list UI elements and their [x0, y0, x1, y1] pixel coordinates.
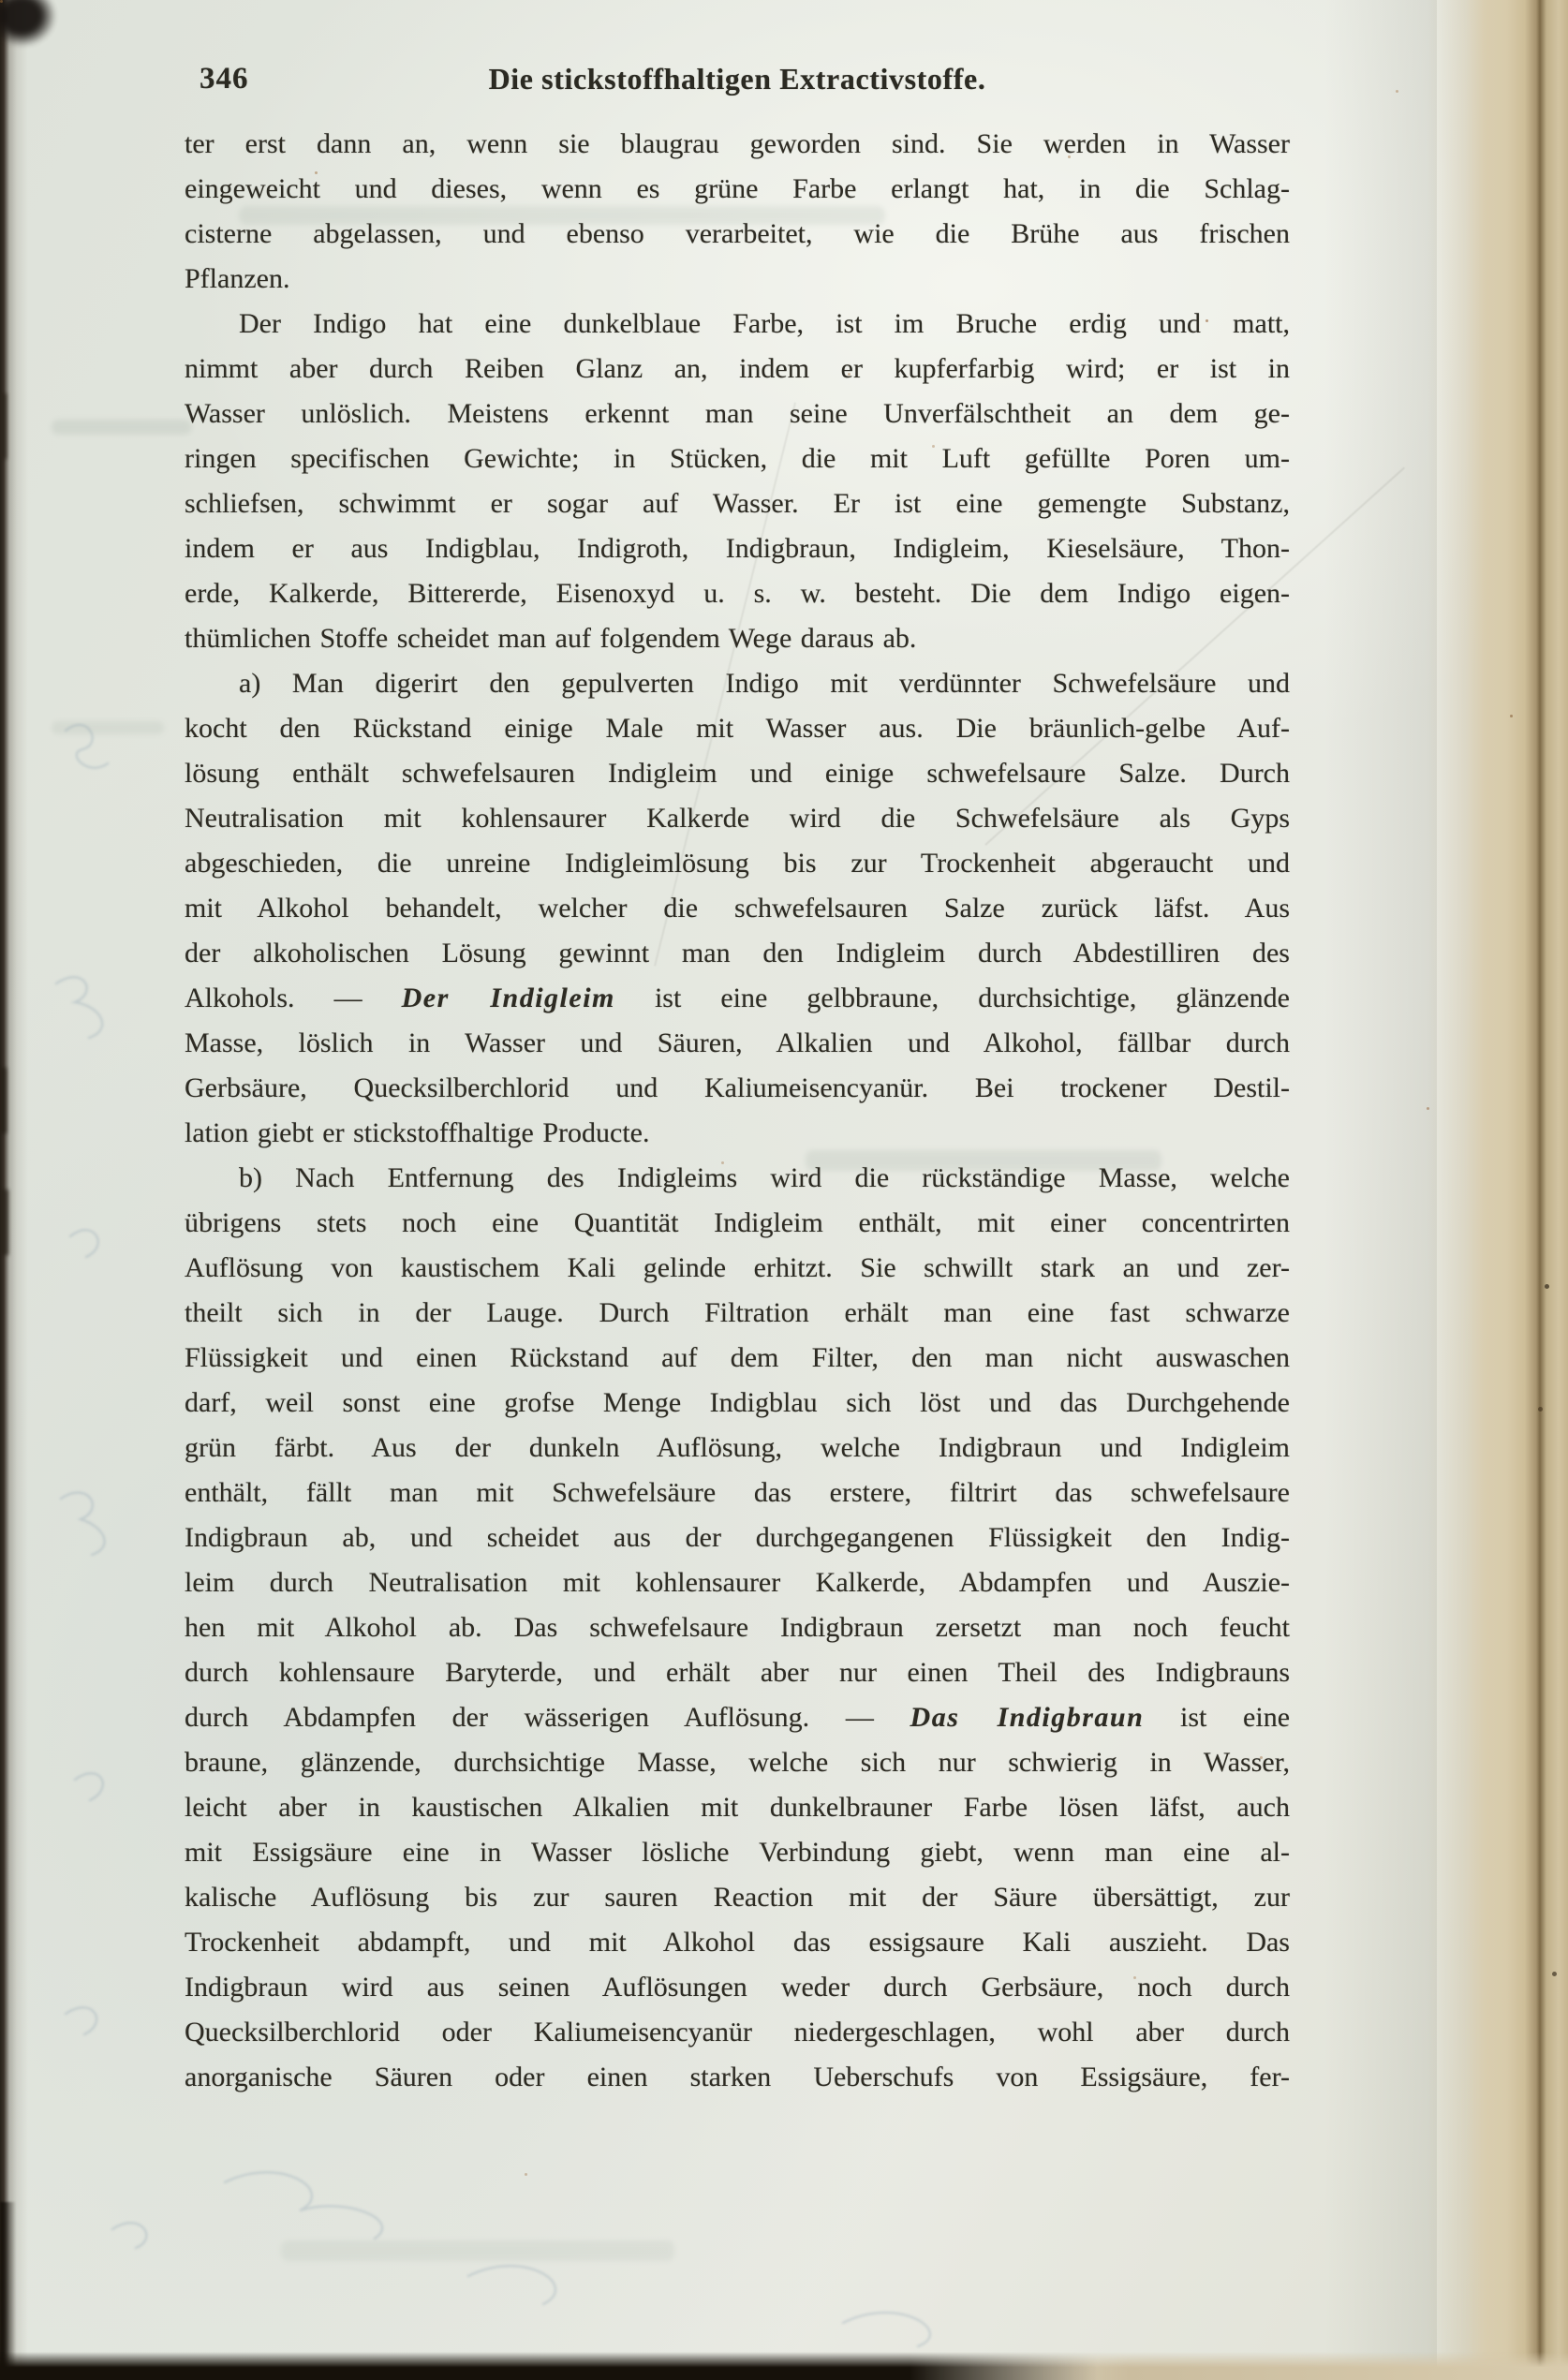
text-segment: indem er aus Indigblau, Indigroth, Indig…: [185, 533, 1290, 564]
text-segment: kalische Auflösung bis zur sauren Reacti…: [185, 1882, 1290, 1913]
text-line: Trockenheit abdampft, und mit Alkohol da…: [185, 1920, 1290, 1965]
text-segment: ist eine: [1144, 1702, 1290, 1733]
text-line: a) Man digerirt den gepulverten Indigo m…: [185, 661, 1290, 706]
text-line: theilt sich in der Lauge. Durch Filtrati…: [185, 1291, 1290, 1336]
text-segment: Masse, löslich in Wasser und Säuren, Alk…: [185, 1027, 1290, 1058]
text-segment: leim durch Neutralisation mit kohlensaur…: [185, 1567, 1290, 1598]
text-line: Alkohols. — Der Indigleim ist eine gelbb…: [185, 976, 1290, 1021]
show-through-print: [52, 420, 192, 435]
text-segment: Der Indigo hat eine dunkelblaue Farbe, i…: [239, 308, 1290, 339]
text-segment: braune, glänzende, durchsichtige Masse, …: [185, 1747, 1290, 1778]
text-segment: leicht aber in kaustischen Alkalien mit …: [185, 1792, 1290, 1823]
text-segment: durch Abdampfen der wässerigen Auflösung…: [185, 1702, 910, 1733]
emphasized-term: Das Indigbraun: [910, 1702, 1145, 1733]
text-line: mit Essigsäure eine in Wasser lösliche V…: [185, 1830, 1290, 1875]
scan-bottom-edge: [0, 2352, 1568, 2380]
text-line: Gerbsäure, Quecksilberchlorid und Kalium…: [185, 1066, 1290, 1111]
text-segment: kocht den Rückstand einige Male mit Wass…: [185, 713, 1290, 744]
text-line: abgeschieden, die unreine Indigleimlösun…: [185, 841, 1290, 886]
text-segment: mit Alkohol behandelt, welcher die schwe…: [185, 893, 1290, 924]
text-segment: hen mit Alkohol ab. Das schwefelsaure In…: [185, 1612, 1290, 1643]
text-segment: darf, weil sonst eine grofse Menge Indig…: [185, 1387, 1290, 1418]
text-segment: Trockenheit abdampft, und mit Alkohol da…: [185, 1927, 1290, 1958]
text-segment: lösung enthält schwefelsauren Indigleim …: [185, 758, 1290, 789]
text-line: nimmt aber durch Reiben Glanz an, indem …: [185, 347, 1290, 392]
paragraph: Der Indigo hat eine dunkelblaue Farbe, i…: [185, 302, 1290, 661]
text-line: indem er aus Indigblau, Indigroth, Indig…: [185, 526, 1290, 571]
text-line: Auflösung von kaustischem Kali gelinde e…: [185, 1246, 1290, 1291]
page-fore-edge: [1427, 0, 1568, 2380]
text-line: Quecksilberchlorid oder Kaliumeisencyanü…: [185, 2010, 1290, 2055]
text-line: enthält, fällt man mit Schwefelsäure das…: [185, 1471, 1290, 1515]
text-segment: Auflösung von kaustischem Kali gelinde e…: [185, 1252, 1290, 1283]
text-segment: ter erst dann an, wenn sie blaugrau gewo…: [185, 128, 1290, 159]
text-segment: abgeschieden, die unreine Indigleimlösun…: [185, 848, 1290, 879]
text-line: leim durch Neutralisation mit kohlensaur…: [185, 1560, 1290, 1605]
text-line: schliefsen, schwimmt er sogar auf Wasser…: [185, 481, 1290, 526]
text-line: Flüssigkeit und einen Rückstand auf dem …: [185, 1336, 1290, 1381]
show-through-print: [281, 2240, 674, 2261]
running-title: Die stickstoffhaltigen Extractivstoffe.: [185, 62, 1290, 96]
text-line: braune, glänzende, durchsichtige Masse, …: [185, 1740, 1290, 1785]
text-segment: Alkohols. —: [185, 983, 402, 1013]
text-segment: cisterne abgelassen, und ebenso verarbei…: [185, 218, 1290, 249]
text-segment: eingeweicht und dieses, wenn es grüne Fa…: [185, 173, 1290, 204]
text-line: grün färbt. Aus der dunkeln Auflösung, w…: [185, 1426, 1290, 1471]
text-line: Indigbraun ab, und scheidet aus der durc…: [185, 1515, 1290, 1560]
text-segment: a) Man digerirt den gepulverten Indigo m…: [239, 668, 1290, 699]
text-segment: thümlichen Stoffe scheidet man auf folge…: [185, 623, 916, 654]
text-segment: lation giebt er stickstoffhaltige Produc…: [185, 1117, 650, 1148]
text-line: mit Alkohol behandelt, welcher die schwe…: [185, 886, 1290, 931]
page-curvature-shadow: [1324, 0, 1437, 2380]
text-line: durch Abdampfen der wässerigen Auflösung…: [185, 1695, 1290, 1740]
book-page-scan: 346 Die stickstoffhaltigen Extractivstof…: [0, 0, 1568, 2380]
text-line: der alkoholischen Lösung gewinnt man den…: [185, 931, 1290, 976]
text-segment: Gerbsäure, Quecksilberchlorid und Kalium…: [185, 1072, 1290, 1103]
text-line: übrigens stets noch eine Quantität Indig…: [185, 1201, 1290, 1246]
text-line: erde, Kalkerde, Bittererde, Eisenoxyd u.…: [185, 571, 1290, 616]
text-segment: Quecksilberchlorid oder Kaliumeisencyanü…: [185, 2017, 1290, 2047]
text-segment: enthält, fällt man mit Schwefelsäure das…: [185, 1477, 1290, 1508]
text-segment: Flüssigkeit und einen Rückstand auf dem …: [185, 1342, 1290, 1373]
paper-specks: [0, 0, 3, 3]
text-segment: nimmt aber durch Reiben Glanz an, indem …: [185, 353, 1290, 384]
text-segment: Wasser unlöslich. Meistens erkennt man s…: [185, 398, 1290, 429]
text-segment: theilt sich in der Lauge. Durch Filtrati…: [185, 1297, 1290, 1328]
text-line: darf, weil sonst eine grofse Menge Indig…: [185, 1381, 1290, 1426]
text-segment: grün färbt. Aus der dunkeln Auflösung, w…: [185, 1432, 1290, 1463]
text-line: lösung enthält schwefelsauren Indigleim …: [185, 751, 1290, 796]
text-line: b) Nach Entfernung des Indigleims wird d…: [185, 1156, 1290, 1201]
text-line: thümlichen Stoffe scheidet man auf folge…: [185, 616, 1290, 661]
text-line: leicht aber in kaustischen Alkalien mit …: [185, 1785, 1290, 1830]
text-line: cisterne abgelassen, und ebenso verarbei…: [185, 212, 1290, 257]
text-segment: durch kohlensaure Baryterde, und erhält …: [185, 1657, 1290, 1688]
text-segment: schliefsen, schwimmt er sogar auf Wasser…: [185, 488, 1290, 519]
text-line: Neutralisation mit kohlensaurer Kalkerde…: [185, 796, 1290, 841]
text-block: ter erst dann an, wenn sie blaugrau gewo…: [185, 122, 1290, 2100]
text-line: kocht den Rückstand einige Male mit Wass…: [185, 706, 1290, 751]
text-line: kalische Auflösung bis zur sauren Reacti…: [185, 1875, 1290, 1920]
text-line: durch kohlensaure Baryterde, und erhält …: [185, 1650, 1290, 1695]
text-segment: mit Essigsäure eine in Wasser lösliche V…: [185, 1837, 1290, 1868]
binding-edge: [0, 0, 28, 2380]
page-number: 346: [200, 62, 249, 96]
paragraph: ter erst dann an, wenn sie blaugrau gewo…: [185, 122, 1290, 302]
text-segment: Indigbraun wird aus seinen Auflösungen w…: [185, 1972, 1290, 2003]
paragraph: a) Man digerirt den gepulverten Indigo m…: [185, 661, 1290, 1156]
text-line: Der Indigo hat eine dunkelblaue Farbe, i…: [185, 302, 1290, 347]
text-line: Wasser unlöslich. Meistens erkennt man s…: [185, 392, 1290, 436]
text-segment: Neutralisation mit kohlensaurer Kalkerde…: [185, 803, 1290, 834]
text-line: hen mit Alkohol ab. Das schwefelsaure In…: [185, 1605, 1290, 1650]
text-line: ter erst dann an, wenn sie blaugrau gewo…: [185, 122, 1290, 167]
text-segment: Pflanzen.: [185, 263, 289, 294]
text-segment: anorganische Säuren oder einen starken U…: [185, 2062, 1290, 2092]
text-segment: der alkoholischen Lösung gewinnt man den…: [185, 938, 1290, 968]
text-line: ringen specifischen Gewichte; in Stücken…: [185, 436, 1290, 481]
page-header: 346 Die stickstoffhaltigen Extractivstof…: [185, 62, 1290, 103]
text-segment: erde, Kalkerde, Bittererde, Eisenoxyd u.…: [185, 578, 1290, 609]
text-segment: ringen specifischen Gewichte; in Stücken…: [185, 443, 1290, 474]
text-line: Masse, löslich in Wasser und Säuren, Alk…: [185, 1021, 1290, 1066]
text-segment: Indigbraun ab, und scheidet aus der durc…: [185, 1522, 1290, 1553]
text-segment: b) Nach Entfernung des Indigleims wird d…: [239, 1162, 1290, 1193]
emphasized-term: Der Indigleim: [402, 983, 615, 1013]
text-line: lation giebt er stickstoffhaltige Produc…: [185, 1111, 1290, 1156]
text-segment: ist eine gelbbraune, durchsichtige, glän…: [615, 983, 1290, 1013]
show-through-print: [52, 721, 164, 734]
text-line: Indigbraun wird aus seinen Auflösungen w…: [185, 1965, 1290, 2010]
text-line: Pflanzen.: [185, 257, 1290, 302]
text-line: eingeweicht und dieses, wenn es grüne Fa…: [185, 167, 1290, 212]
text-segment: übrigens stets noch eine Quantität Indig…: [185, 1207, 1290, 1238]
text-line: anorganische Säuren oder einen starken U…: [185, 2055, 1290, 2100]
paragraph: b) Nach Entfernung des Indigleims wird d…: [185, 1156, 1290, 2100]
